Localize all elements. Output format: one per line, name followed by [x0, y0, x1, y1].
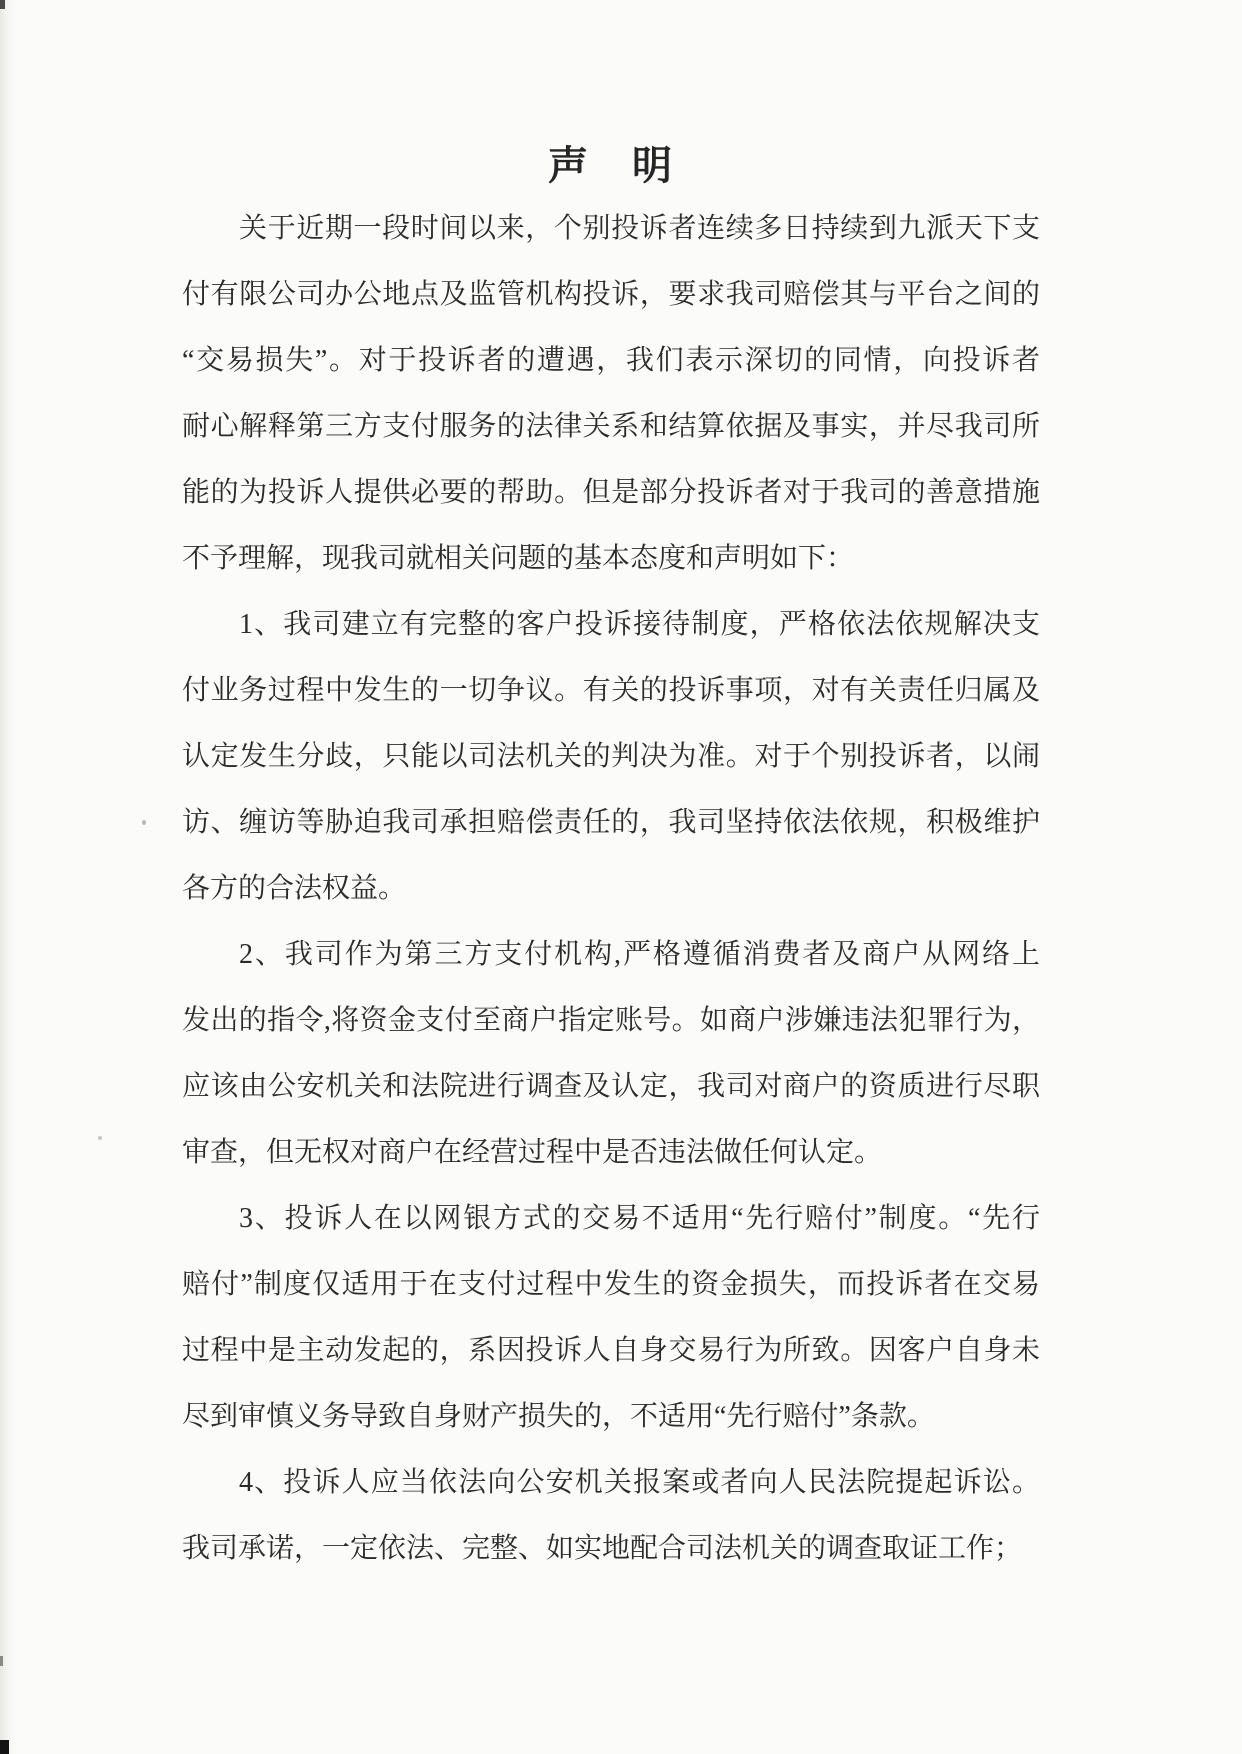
- scanned-document-page: 声 明 关于近期一段时间以来，个别投诉者连续多日持续到九派天下支付有限公司办公地…: [0, 0, 1242, 1754]
- text-line: 各方的合法权益。: [182, 856, 1040, 922]
- scan-artifact-bottom-left: [0, 1740, 9, 1754]
- text-line: 认定发生分歧，只能以司法机关的判决为准。对于个别投诉者，以闹: [182, 724, 1040, 790]
- text-line: 我司承诺，一定依法、完整、如实地配合司法机关的调查取证工作；: [182, 1516, 1040, 1582]
- scan-left-edge-shadow: [0, 0, 16, 1754]
- scan-artifact-top-left: [0, 0, 5, 9]
- text-line: 不予理解，现我司就相关问题的基本态度和声明如下：: [182, 526, 1040, 592]
- text-line: 付业务过程中发生的一切争议。有关的投诉事项，对有关责任归属及: [182, 658, 1040, 724]
- text-line: 赔付”制度仅适用于在支付过程中发生的资金损失，而投诉者在交易: [182, 1252, 1040, 1318]
- text-line: 能的为投诉人提供必要的帮助。但是部分投诉者对于我司的善意措施: [182, 460, 1040, 526]
- text-line: 1、我司建立有完整的客户投诉接待制度，严格依法依规解决支: [182, 592, 1040, 658]
- text-line: 2、我司作为第三方支付机构,严格遵循消费者及商户从网络上: [182, 922, 1040, 988]
- text-line: 付有限公司办公地点及监管机构投诉，要求我司赔偿其与平台之间的: [182, 262, 1040, 328]
- text-line: 耐心解释第三方支付服务的法律关系和结算依据及事实，并尽我司所: [182, 394, 1040, 460]
- text-line: 审查，但无权对商户在经营过程中是否违法做任何认定。: [182, 1120, 1040, 1186]
- text-line: 发出的指令,将资金支付至商户指定账号。如商户涉嫌违法犯罪行为，: [182, 988, 1040, 1054]
- text-line: 应该由公安机关和法院进行调查及认定，我司对商户的资质进行尽职: [182, 1054, 1040, 1120]
- scan-speckle: [142, 820, 146, 825]
- text-line: 3、投诉人在以网银方式的交易不适用“先行赔付”制度。“先行: [182, 1186, 1040, 1252]
- document-body: 关于近期一段时间以来，个别投诉者连续多日持续到九派天下支付有限公司办公地点及监管…: [182, 196, 1040, 1582]
- text-line: 关于近期一段时间以来，个别投诉者连续多日持续到九派天下支: [182, 196, 1040, 262]
- document-title: 声 明: [182, 138, 1040, 194]
- document: 声 明 关于近期一段时间以来，个别投诉者连续多日持续到九派天下支付有限公司办公地…: [182, 138, 1040, 1582]
- scan-artifact-left-edge: [0, 1656, 3, 1666]
- scan-speckle: [98, 1136, 102, 1140]
- text-line: 4、投诉人应当依法向公安机关报案或者向人民法院提起诉讼。: [182, 1450, 1040, 1516]
- text-line: 访、缠访等胁迫我司承担赔偿责任的，我司坚持依法依规，积极维护: [182, 790, 1040, 856]
- text-line: “交易损失”。对于投诉者的遭遇，我们表示深切的同情，向投诉者: [182, 328, 1040, 394]
- text-line: 过程中是主动发起的，系因投诉人自身交易行为所致。因客户自身未: [182, 1318, 1040, 1384]
- text-line: 尽到审慎义务导致自身财产损失的，不适用“先行赔付”条款。: [182, 1384, 1040, 1450]
